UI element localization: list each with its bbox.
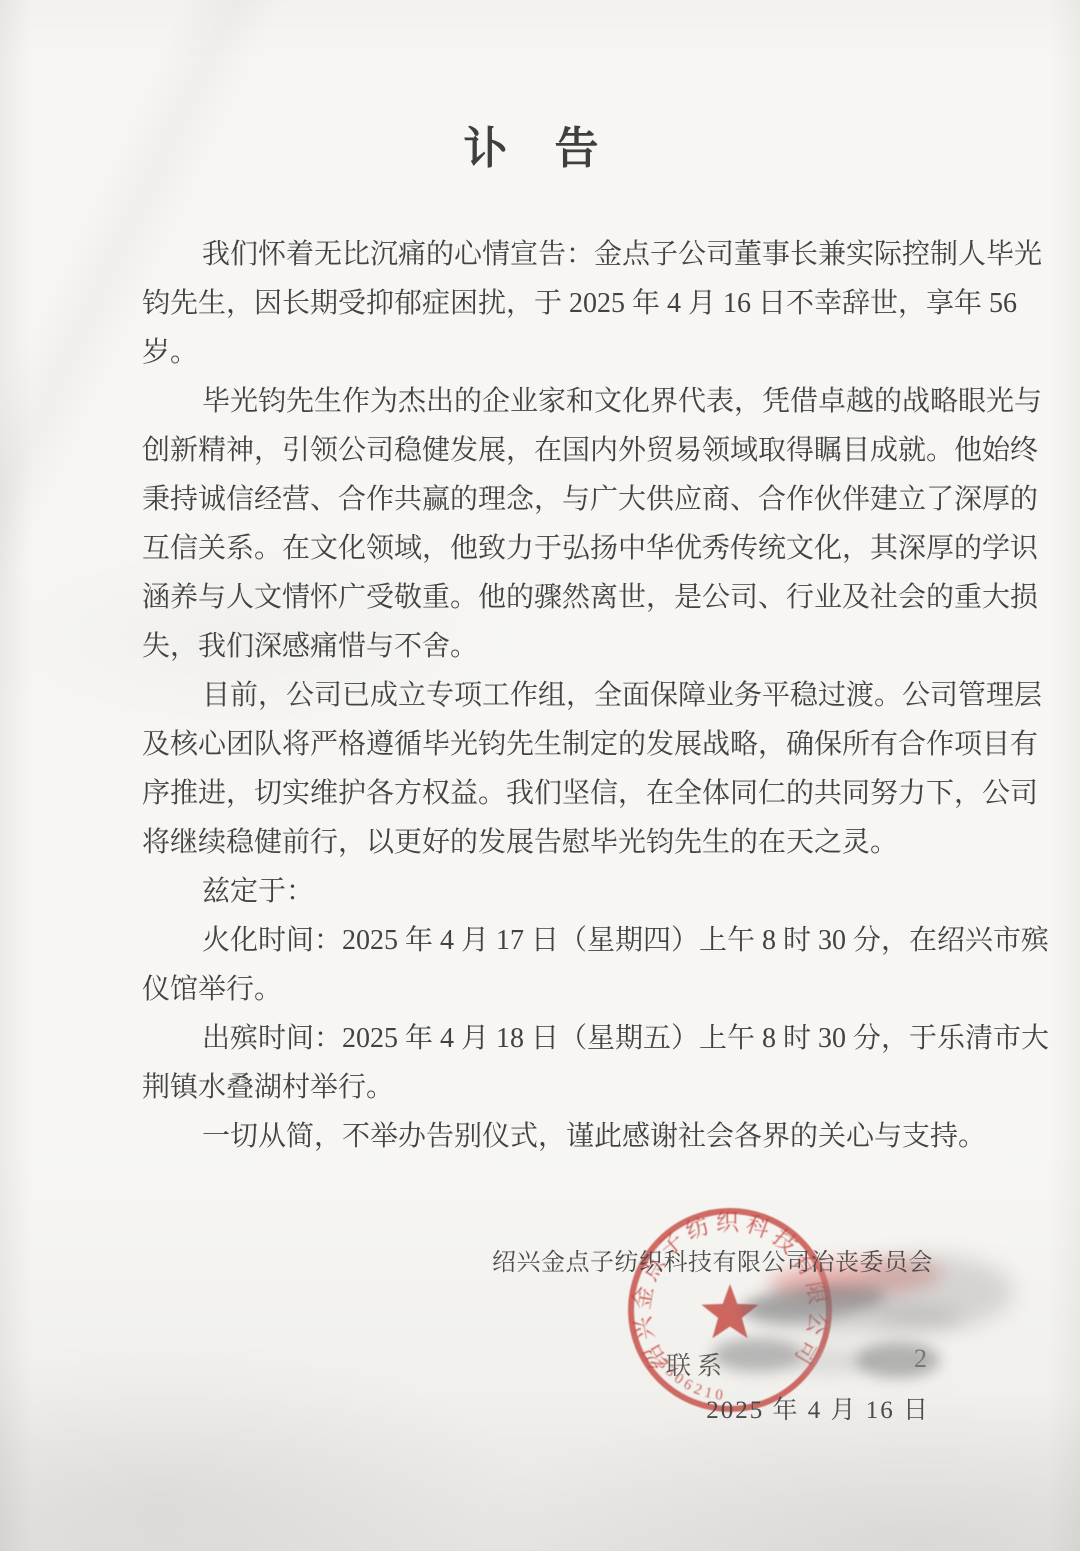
body-line: 将继续稳健前行，以更好的发展告慰毕光钧先生的在天之灵。: [142, 818, 936, 867]
body-line: 互信关系。在文化领域，他致力于弘扬中华优秀传统文化，其深厚的学识: [142, 524, 936, 573]
body-line: 涵养与人文情怀广受敬重。他的骤然离世，是公司、行业及社会的重大损: [142, 573, 936, 622]
contact-label: 联系: [666, 1346, 728, 1382]
star-icon: [702, 1284, 759, 1338]
document-date: 2025 年 4 月 16 日: [706, 1390, 930, 1426]
body-line: 及核心团队将严格遵循毕光钧先生制定的发展战略，确保所有合作项目有: [142, 720, 936, 769]
body-line: 创新精神，引领公司稳健发展，在国内外贸易领域取得瞩目成就。他始终: [142, 426, 936, 475]
body-paragraphs: 我们怀着无比沉痛的心情宣告：金点子公司董事长兼实际控制人毕光钧先生，因长期受抑郁…: [142, 230, 936, 1161]
body-line: 目前，公司已成立专项工作组，全面保障业务平稳过渡。公司管理层: [142, 671, 936, 720]
body-line: 出殡时间：2025 年 4 月 18 日（星期五）上午 8 时 30 分，于乐清…: [142, 1014, 936, 1063]
contact-visible-digit: 2: [914, 1344, 927, 1374]
company-seal-stamp: 绍兴金点子纺织科技有限公司 3306210: [622, 1202, 838, 1418]
body-line: 岁。: [142, 328, 936, 377]
body-line: 秉持诚信经营、合作共赢的理念，与广大供应商、合作伙伴建立了深厚的: [142, 475, 936, 524]
obituary-document-photo: { "page": { "paper_color": "#f7f6f3", "t…: [0, 0, 1080, 1551]
body-line: 荆镇水叠湖村举行。: [142, 1063, 936, 1112]
redaction-smudge: [856, 1342, 940, 1378]
funeral-committee-signature: 绍兴金点子纺织科技有限公司治丧委员会: [492, 1242, 933, 1277]
body-line: 仪馆举行。: [142, 965, 936, 1014]
body-line: 序推进，切实维护各方权益。我们坚信，在全体同仁的共同努力下，公司: [142, 769, 936, 818]
document-title: 讣 告: [0, 112, 1080, 176]
body-line: 我们怀着无比沉痛的心情宣告：金点子公司董事长兼实际控制人毕光: [142, 230, 936, 279]
body-line: 一切从简，不举办告别仪式，谨此感谢社会各界的关心与支持。: [142, 1112, 936, 1161]
body-line: 兹定于：: [142, 867, 936, 916]
body-line: 火化时间：2025 年 4 月 17 日（星期四）上午 8 时 30 分，在绍兴…: [142, 916, 936, 965]
body-line: 钧先生，因长期受抑郁症困扰，于 2025 年 4 月 16 日不幸辞世，享年 5…: [142, 279, 936, 328]
body-line: 毕光钧先生作为杰出的企业家和文化界代表，凭借卓越的战略眼光与: [142, 377, 936, 426]
body-line: 失，我们深感痛惜与不舍。: [142, 622, 936, 671]
